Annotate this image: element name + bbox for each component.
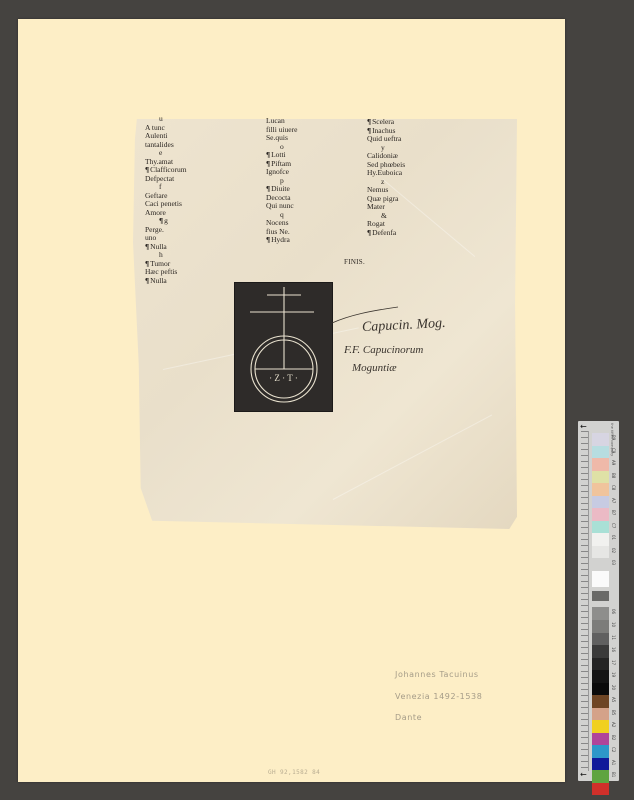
pilcrow-icon: ¶ xyxy=(266,150,270,159)
text-column-3: ¶Scelera¶InachusQuid ueftrayCalidoniæSed… xyxy=(367,118,405,237)
text-line-content: Defenfa xyxy=(372,228,396,237)
text-line: tantalides xyxy=(145,141,187,150)
color-patch-label: 16 xyxy=(611,647,616,652)
color-patch-label: 17 xyxy=(611,660,616,665)
color-patch xyxy=(592,458,609,471)
color-patch-label: A7 xyxy=(611,498,616,503)
color-patch-label: 11 xyxy=(611,635,616,640)
color-patch-label: C2 xyxy=(611,747,616,752)
text-line-content: Se.quis xyxy=(266,133,288,142)
color-patch-label: A5 xyxy=(611,697,616,702)
text-line-content: Ignofce xyxy=(266,167,289,176)
pilcrow-icon: ¶ xyxy=(367,117,371,126)
color-patch xyxy=(592,695,609,708)
ruler-scale xyxy=(581,431,589,771)
color-patch-label: 06 xyxy=(611,609,616,614)
color-patch-label: B5 xyxy=(611,710,616,715)
text-line: ¶Nulla xyxy=(145,243,187,252)
text-line-content: Nulla xyxy=(150,276,167,285)
text-line: Quid ueftra xyxy=(367,135,405,144)
color-patch xyxy=(592,620,609,633)
color-patch-label: 19 xyxy=(611,672,616,677)
text-line-content: g xyxy=(164,216,168,225)
color-patch xyxy=(592,471,609,484)
arrow-left-icon: ← xyxy=(580,422,587,431)
color-calibration-target: the tiffen company ← ← B9C9A9B8C8A7B7C70… xyxy=(578,421,619,781)
printer-mark-letters: · Z · T · xyxy=(235,373,332,383)
color-patch xyxy=(592,521,609,534)
pencil-note-printer: Johannes Tacuinus xyxy=(395,670,479,679)
color-patch xyxy=(592,645,609,658)
color-patch xyxy=(592,433,609,446)
color-patch xyxy=(592,533,609,546)
color-patch-label: 02 xyxy=(611,548,616,553)
printer-mark: · Z · T · xyxy=(234,282,333,412)
color-patch xyxy=(592,658,609,671)
color-patch-label: B8 xyxy=(611,473,616,478)
color-patch-label: C8 xyxy=(611,485,616,490)
color-patch-label: B1 xyxy=(611,772,616,777)
text-line: ¶Defenfa xyxy=(367,229,405,238)
color-patch xyxy=(592,483,609,496)
gray-reference-bar xyxy=(592,591,609,601)
color-patch xyxy=(592,607,609,620)
pilcrow-icon: ¶ xyxy=(145,242,149,251)
text-column-2: Lucanfilli uiuereSe.quiso¶Lotti¶PiftamIg… xyxy=(266,117,297,245)
pencil-note-author: Dante xyxy=(395,713,422,722)
color-patch-label: 20 xyxy=(611,685,616,690)
color-patch-label: B9 xyxy=(611,435,616,440)
color-patch-label: C9 xyxy=(611,448,616,453)
color-patch-label: 03 xyxy=(611,560,616,565)
pilcrow-icon: ¶ xyxy=(266,235,270,244)
text-line-content: Hy.Euboica xyxy=(367,168,402,177)
color-patch-label: A1 xyxy=(611,760,616,765)
text-line: ¶Nulla xyxy=(145,277,187,286)
handwritten-line-2: F.F. Capucinorum xyxy=(344,344,423,356)
color-patch-label: 10 xyxy=(611,622,616,627)
color-patch xyxy=(592,546,609,559)
color-patch-label: B2 xyxy=(611,735,616,740)
color-patch xyxy=(592,745,609,758)
text-line: Defpectat xyxy=(145,175,187,184)
color-patch xyxy=(592,496,609,509)
cross-and-orb-icon xyxy=(235,283,332,411)
pilcrow-icon: ¶ xyxy=(145,276,149,285)
color-patch xyxy=(592,758,609,771)
text-line: ¶Hydra xyxy=(266,236,297,245)
color-patch xyxy=(592,508,609,521)
reference-card xyxy=(592,571,609,587)
finis-text: FINIS. xyxy=(344,258,365,266)
color-patch xyxy=(592,783,609,796)
text-line: Hy.Euboica xyxy=(367,169,405,178)
color-patch-label: A9 xyxy=(611,460,616,465)
pencil-note-place-dates: Venezia 1492-1538 xyxy=(395,692,482,701)
text-column-1: uA tuncAulentitantalideseThy.amat¶Claffi… xyxy=(145,115,187,285)
text-line-content: Hydra xyxy=(271,235,290,244)
inventory-number: GH 92,1582 84 xyxy=(268,769,320,776)
color-patch xyxy=(592,446,609,459)
color-patch xyxy=(592,720,609,733)
color-patch xyxy=(592,770,609,783)
color-patch-label: A2 xyxy=(611,722,616,727)
color-patch xyxy=(592,670,609,683)
color-patch xyxy=(592,558,609,571)
color-patch xyxy=(592,683,609,696)
color-patch-label: C1 xyxy=(611,785,616,790)
arrow-left-icon: ← xyxy=(580,770,587,779)
paper-crease xyxy=(333,415,492,500)
pilcrow-icon: ¶ xyxy=(367,228,371,237)
color-patch xyxy=(592,633,609,646)
color-patch xyxy=(592,733,609,746)
color-patch xyxy=(592,708,609,721)
color-patch-label: B7 xyxy=(611,510,616,515)
color-patch-label: 01 xyxy=(611,535,616,540)
color-patch-label: C7 xyxy=(611,523,616,528)
handwritten-line-3: Moguntiæ xyxy=(352,362,397,374)
